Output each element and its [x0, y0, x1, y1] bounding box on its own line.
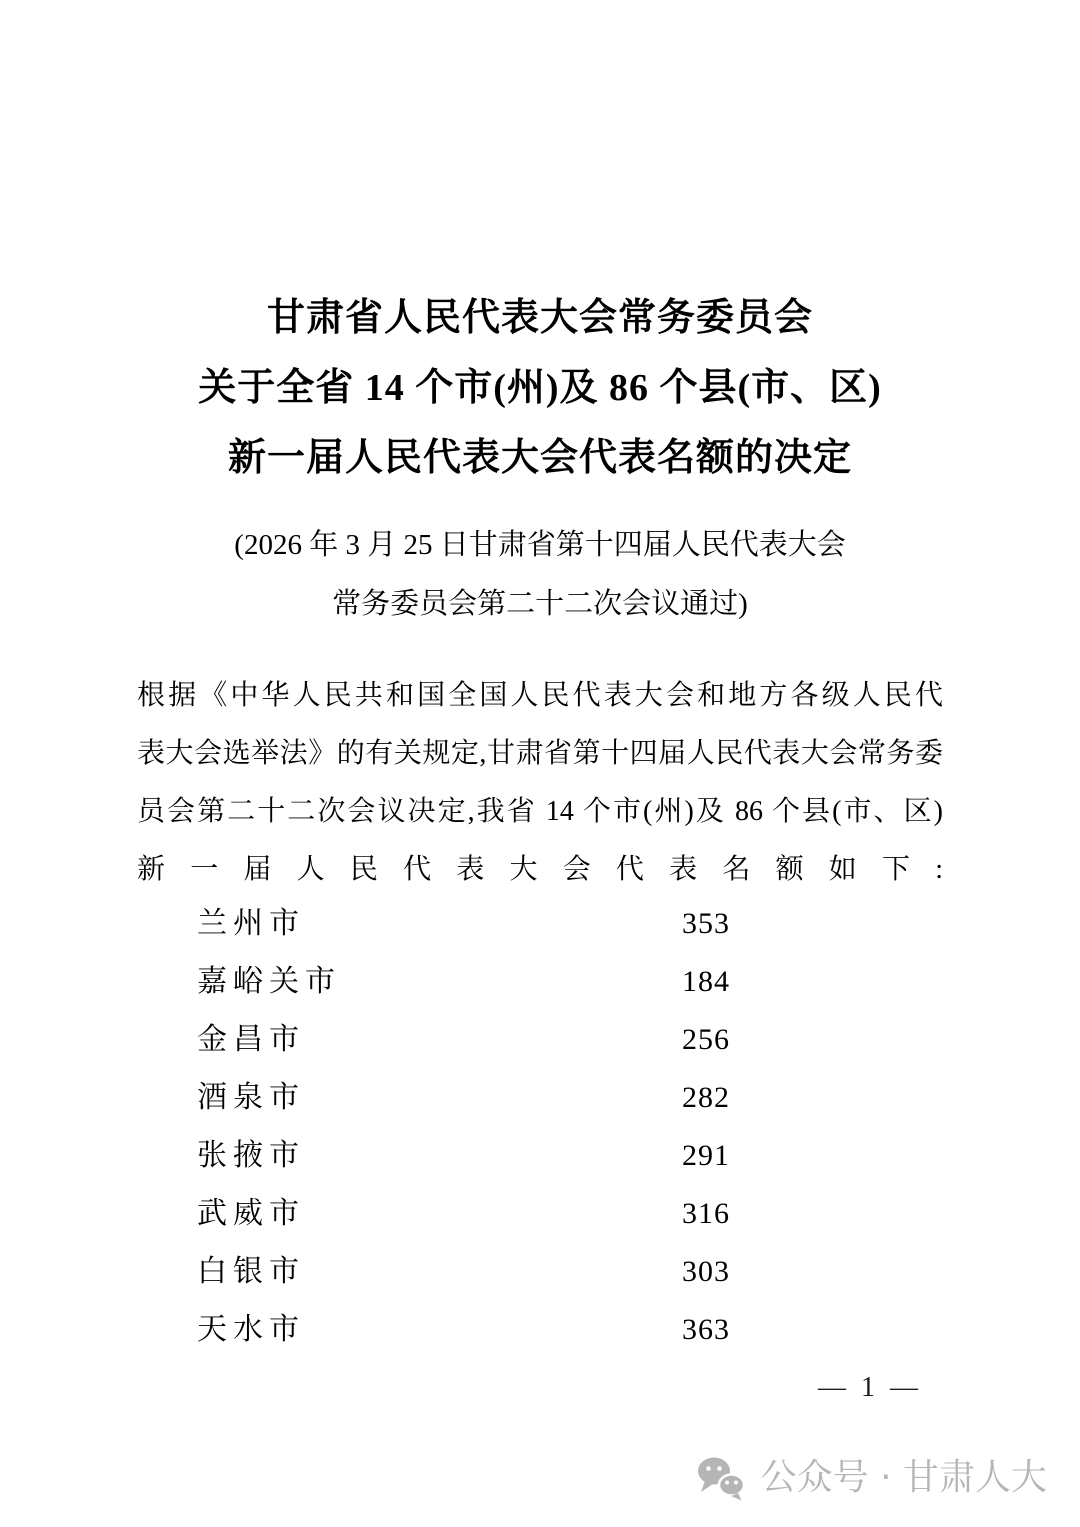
delegate-quota: 184: [682, 953, 730, 1011]
body-paragraph-line: 新一届人民代表大会代表名额如下:: [137, 841, 943, 899]
body-paragraph-line: 根据《中华人民共和国全国人民代表大会和地方各级人民代: [137, 667, 943, 725]
adoption-note-line: 常务委员会第二十二次会议通过): [0, 575, 1080, 634]
delegate-quota: 291: [682, 1127, 730, 1185]
delegate-quota: 353: [682, 895, 730, 953]
allocation-row: 酒泉市 282: [197, 1069, 1080, 1127]
body-paragraph: 根据《中华人民共和国全国人民代表大会和地方各级人民代表大会选举法》的有关规定,甘…: [137, 667, 943, 899]
region-name: 武威市: [197, 1197, 305, 1230]
document-page: 甘肃省人民代表大会常务委员会关于全省 14 个市(州)及 86 个县(市、区)新…: [0, 0, 1080, 1527]
region-name: 嘉峪关市: [197, 965, 341, 998]
allocation-row: 金昌市 256: [197, 1011, 1080, 1069]
region-name: 白银市: [197, 1255, 305, 1288]
delegate-quota: 316: [682, 1185, 730, 1243]
region-name: 金昌市: [197, 1023, 305, 1056]
document-title-line: 甘肃省人民代表大会常务委员会: [0, 283, 1080, 353]
allocation-row: 白银市 303: [197, 1243, 1080, 1301]
delegate-quota: 282: [682, 1069, 730, 1127]
body-paragraph-line: 表大会选举法》的有关规定,甘肃省第十四届人民代表大会常务委: [137, 725, 943, 783]
region-name: 酒泉市: [197, 1081, 305, 1114]
allocation-row: 嘉峪关市 184: [197, 953, 1080, 1011]
wechat-watermark: 公众号 · 甘肃人大: [695, 1453, 1047, 1503]
allocation-row: 张掖市 291: [197, 1127, 1080, 1185]
body-paragraph-line: 员会第二十二次会议决定,我省 14 个市(州)及 86 个县(市、区): [137, 783, 943, 841]
wechat-icon: [695, 1455, 747, 1501]
quota-allocation-list: 兰州市 353 嘉峪关市 184 金昌市 256 酒泉市 282 张掖市 291…: [197, 895, 1080, 1359]
allocation-row: 兰州市 353: [197, 895, 1080, 953]
region-name: 张掖市: [197, 1139, 305, 1172]
delegate-quota: 363: [682, 1301, 730, 1359]
page-number: — 1 —: [818, 1372, 922, 1404]
document-title-line: 关于全省 14 个市(州)及 86 个县(市、区): [0, 353, 1080, 423]
adoption-note: (2026 年 3 月 25 日甘肃省第十四届人民代表大会常务委员会第二十二次会…: [0, 516, 1080, 634]
region-name: 天水市: [197, 1313, 305, 1346]
document-title: 甘肃省人民代表大会常务委员会关于全省 14 个市(州)及 86 个县(市、区)新…: [0, 283, 1080, 493]
allocation-row: 天水市 363: [197, 1301, 1080, 1359]
wechat-account-label: 公众号 · 甘肃人大: [761, 1453, 1047, 1503]
allocation-row: 武威市 316: [197, 1185, 1080, 1243]
document-title-line: 新一届人民代表大会代表名额的决定: [0, 423, 1080, 493]
delegate-quota: 303: [682, 1243, 730, 1301]
adoption-note-line: (2026 年 3 月 25 日甘肃省第十四届人民代表大会: [0, 516, 1080, 575]
region-name: 兰州市: [197, 907, 305, 940]
delegate-quota: 256: [682, 1011, 730, 1069]
